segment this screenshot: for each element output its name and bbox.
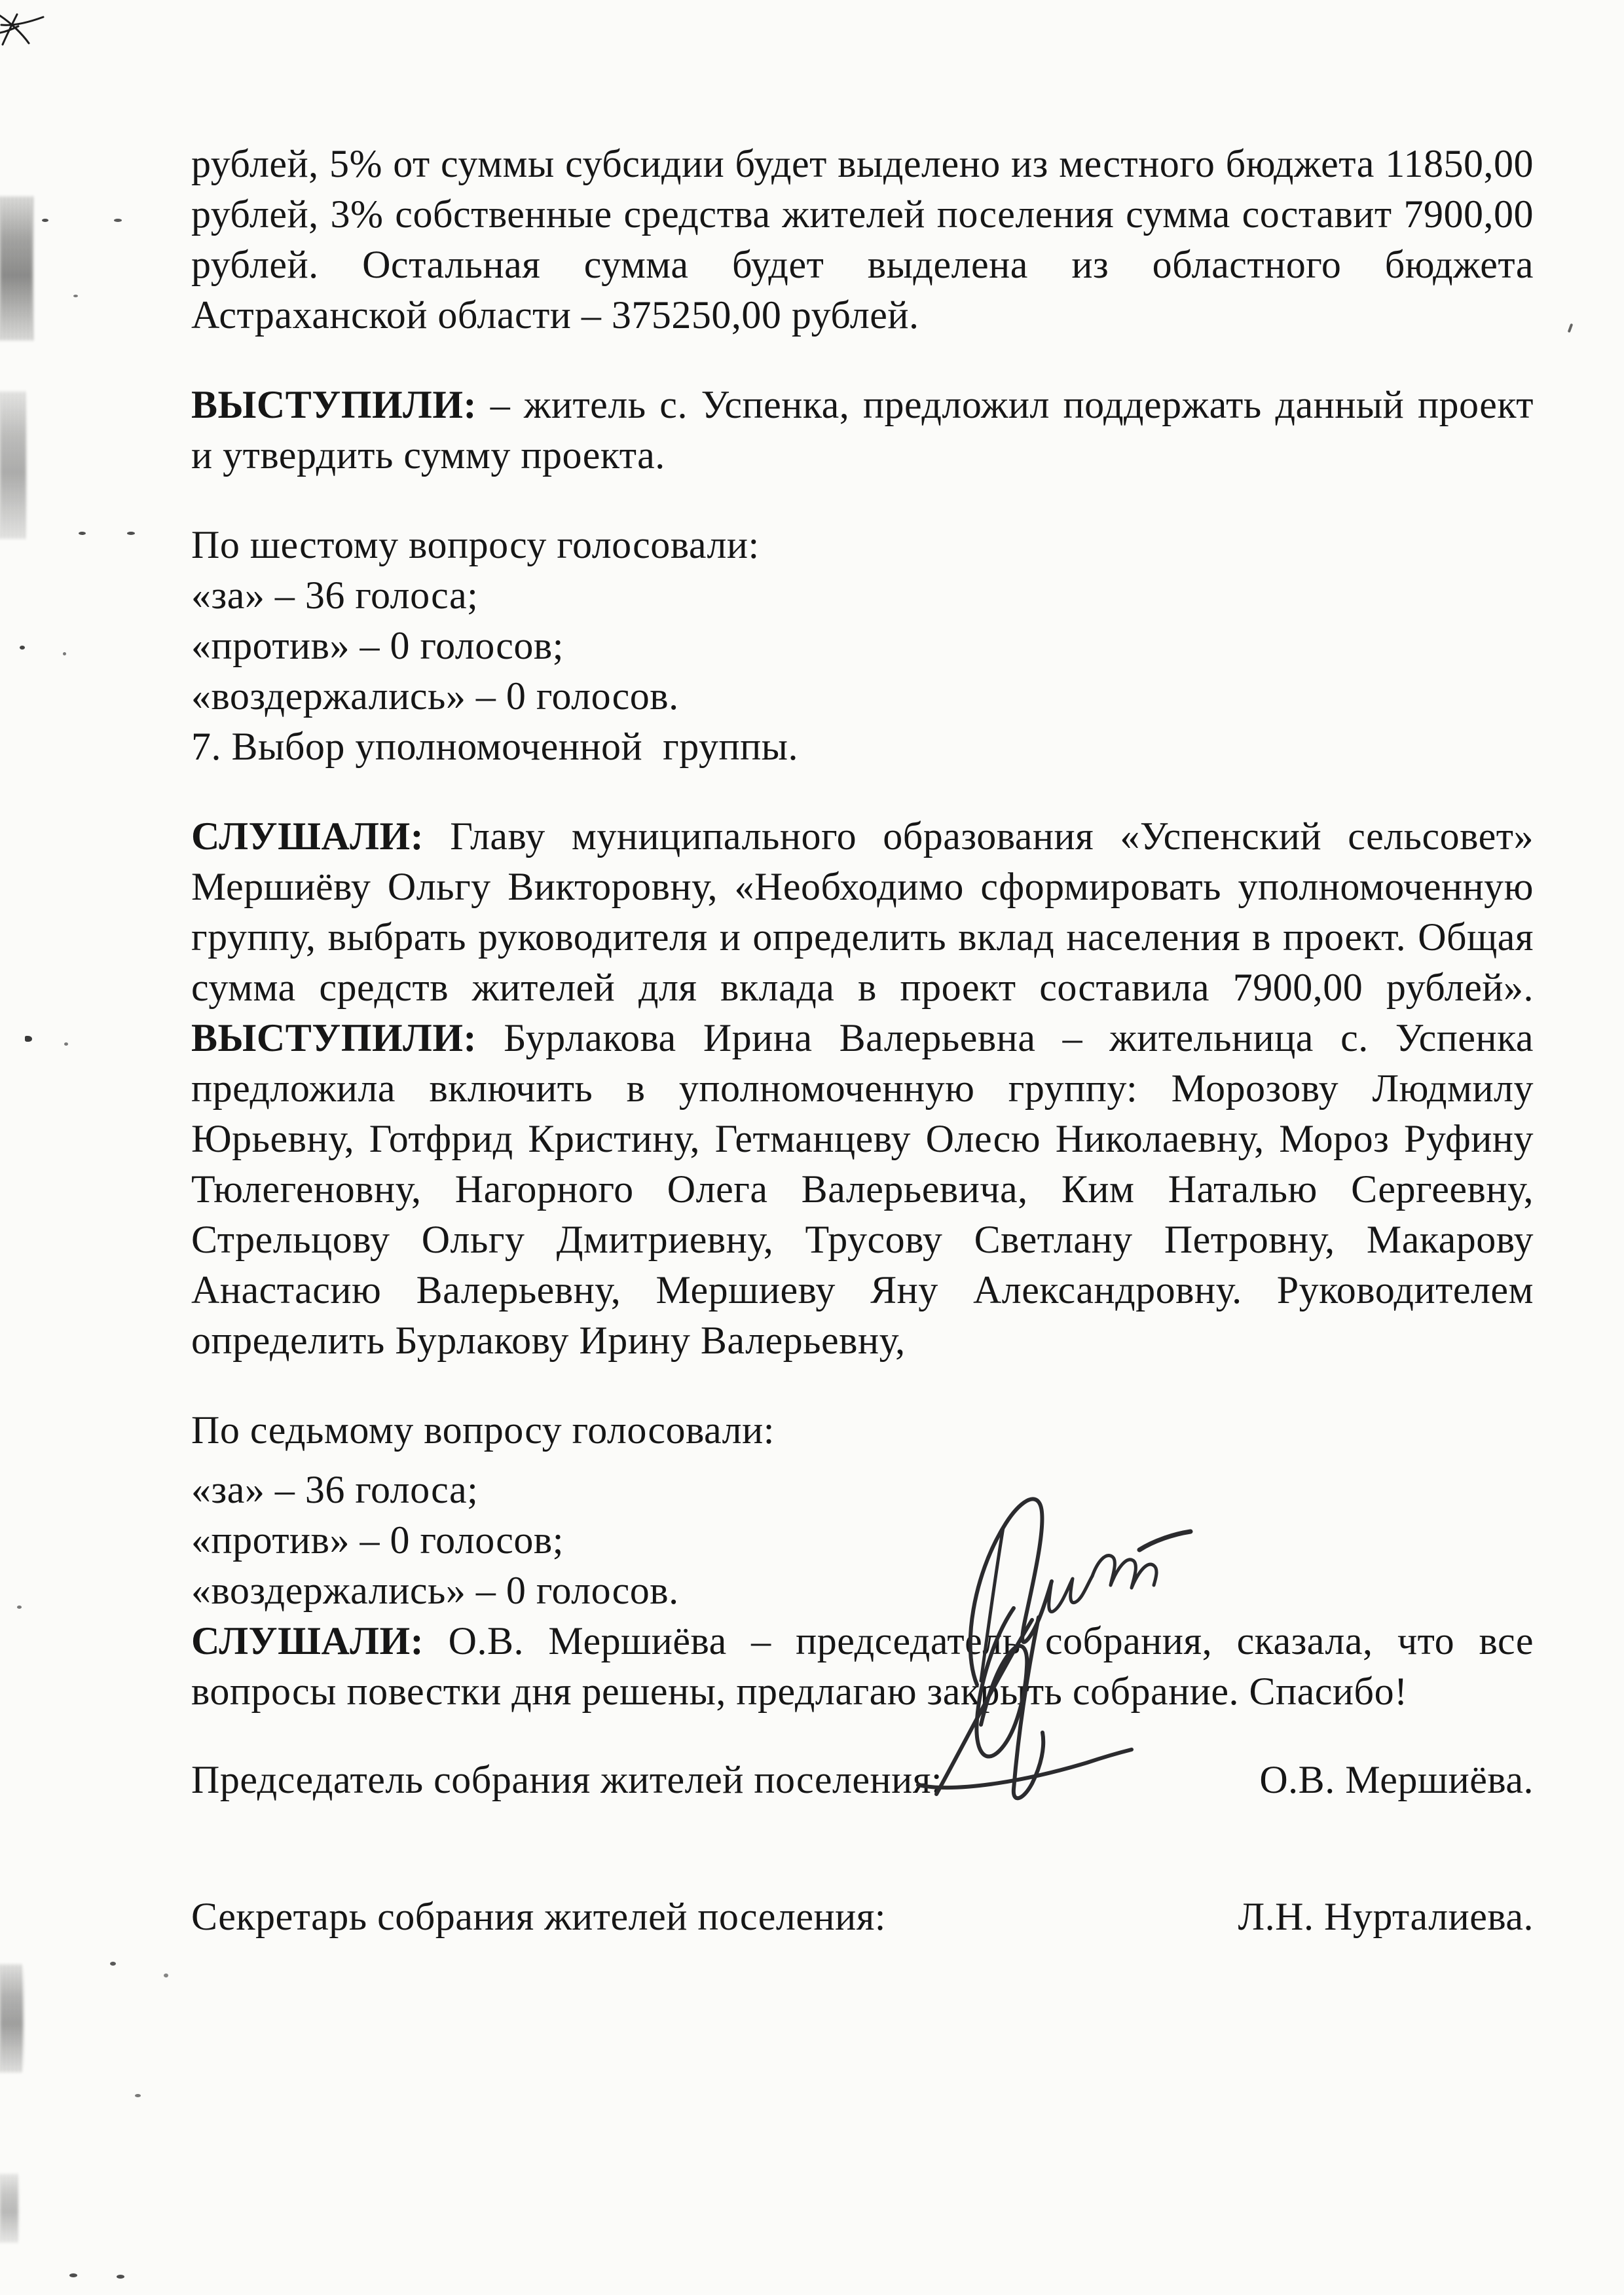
secretary-label: Секретарь собрания жителей поселения:	[191, 1892, 886, 1942]
vote7-header-block: По седьмому вопросу голосовали:	[191, 1405, 1534, 1456]
paragraph-slushali-2: СЛУШАЛИ: О.В. Мершиёва – председатель со…	[191, 1616, 1534, 1717]
vote7-header: По седьмому вопросу голосовали:	[191, 1405, 1534, 1456]
scan-speck	[135, 2094, 141, 2097]
vote6-vozderzhalis: «воздержались» – 0 голосов.	[191, 671, 1534, 722]
corner-scribble-artifact	[0, 7, 52, 52]
scan-speck	[110, 1962, 116, 1966]
scan-speck	[69, 2273, 77, 2277]
scan-smudge-band-4	[0, 2174, 18, 2243]
slushali-heading: СЛУШАЛИ:	[191, 815, 424, 858]
paragraph-vystupili: ВЫСТУПИЛИ: – житель с. Успенка, предложи…	[191, 380, 1534, 481]
scan-smudge-band-2	[0, 392, 26, 539]
scan-speck	[73, 295, 78, 297]
vystupili-heading: ВЫСТУПИЛИ:	[191, 383, 477, 426]
vote7-protiv: «против» – 0 голосов;	[191, 1515, 1534, 1566]
scan-speck	[17, 1606, 22, 1609]
scan-speck	[127, 532, 135, 535]
scan-speck	[117, 2275, 124, 2279]
scan-speck	[1568, 323, 1574, 333]
scan-speck	[25, 1036, 32, 1042]
vote6-block: По шестому вопросу голосовали: «за» – 36…	[191, 520, 1534, 772]
scan-smudge-band-1	[0, 196, 33, 340]
vote7-vozderzhalis: «воздержались» – 0 голосов.	[191, 1566, 1534, 1616]
vote6-header: По шестому вопросу голосовали:	[191, 520, 1534, 570]
scan-speck	[64, 1042, 68, 1046]
secretary-signature-row: Секретарь собрания жителей поселения: Л.…	[191, 1892, 1534, 1942]
vote7-za: «за» – 36 голоса;	[191, 1465, 1534, 1515]
vystupili2-heading: ВЫСТУПИЛИ:	[191, 1016, 477, 1059]
paragraph-slushali: СЛУШАЛИ: Главу муниципального образовани…	[191, 811, 1534, 1366]
chairman-name: О.В. Мершиёва.	[1259, 1755, 1534, 1805]
paragraph-budget: рублей, 5% от суммы субсидии будет выдел…	[191, 139, 1534, 340]
vote7-block: «за» – 36 голоса; «против» – 0 голосов; …	[191, 1465, 1534, 1616]
secretary-name: Л.Н. Нурталиева.	[1238, 1892, 1534, 1942]
scanned-document-page: рублей, 5% от суммы субсидии будет выдел…	[0, 0, 1624, 2295]
chairman-label: Председатель собрания жителей поселения:	[191, 1755, 942, 1805]
vote6-za: «за» – 36 голоса;	[191, 570, 1534, 621]
slushali2-heading: СЛУШАЛИ:	[191, 1619, 424, 1662]
agenda-item-7: 7. Выбор уполномоченной группы.	[191, 722, 1534, 772]
vystupili2-text: Бурлакова Ирина Валерьевна – жительница …	[191, 1016, 1534, 1362]
scan-speck	[20, 646, 25, 650]
scan-speck	[79, 532, 86, 535]
scan-speck	[63, 652, 66, 655]
scan-speck	[114, 219, 122, 222]
document-body: рублей, 5% от суммы субсидии будет выдел…	[191, 139, 1534, 1942]
scan-speck	[164, 1974, 168, 1977]
vote6-protiv: «против» – 0 голосов;	[191, 621, 1534, 671]
scan-speck	[42, 219, 48, 222]
scan-smudge-band-3	[0, 1964, 24, 2072]
chairman-signature-row: Председатель собрания жителей поселения:…	[191, 1755, 1534, 1805]
